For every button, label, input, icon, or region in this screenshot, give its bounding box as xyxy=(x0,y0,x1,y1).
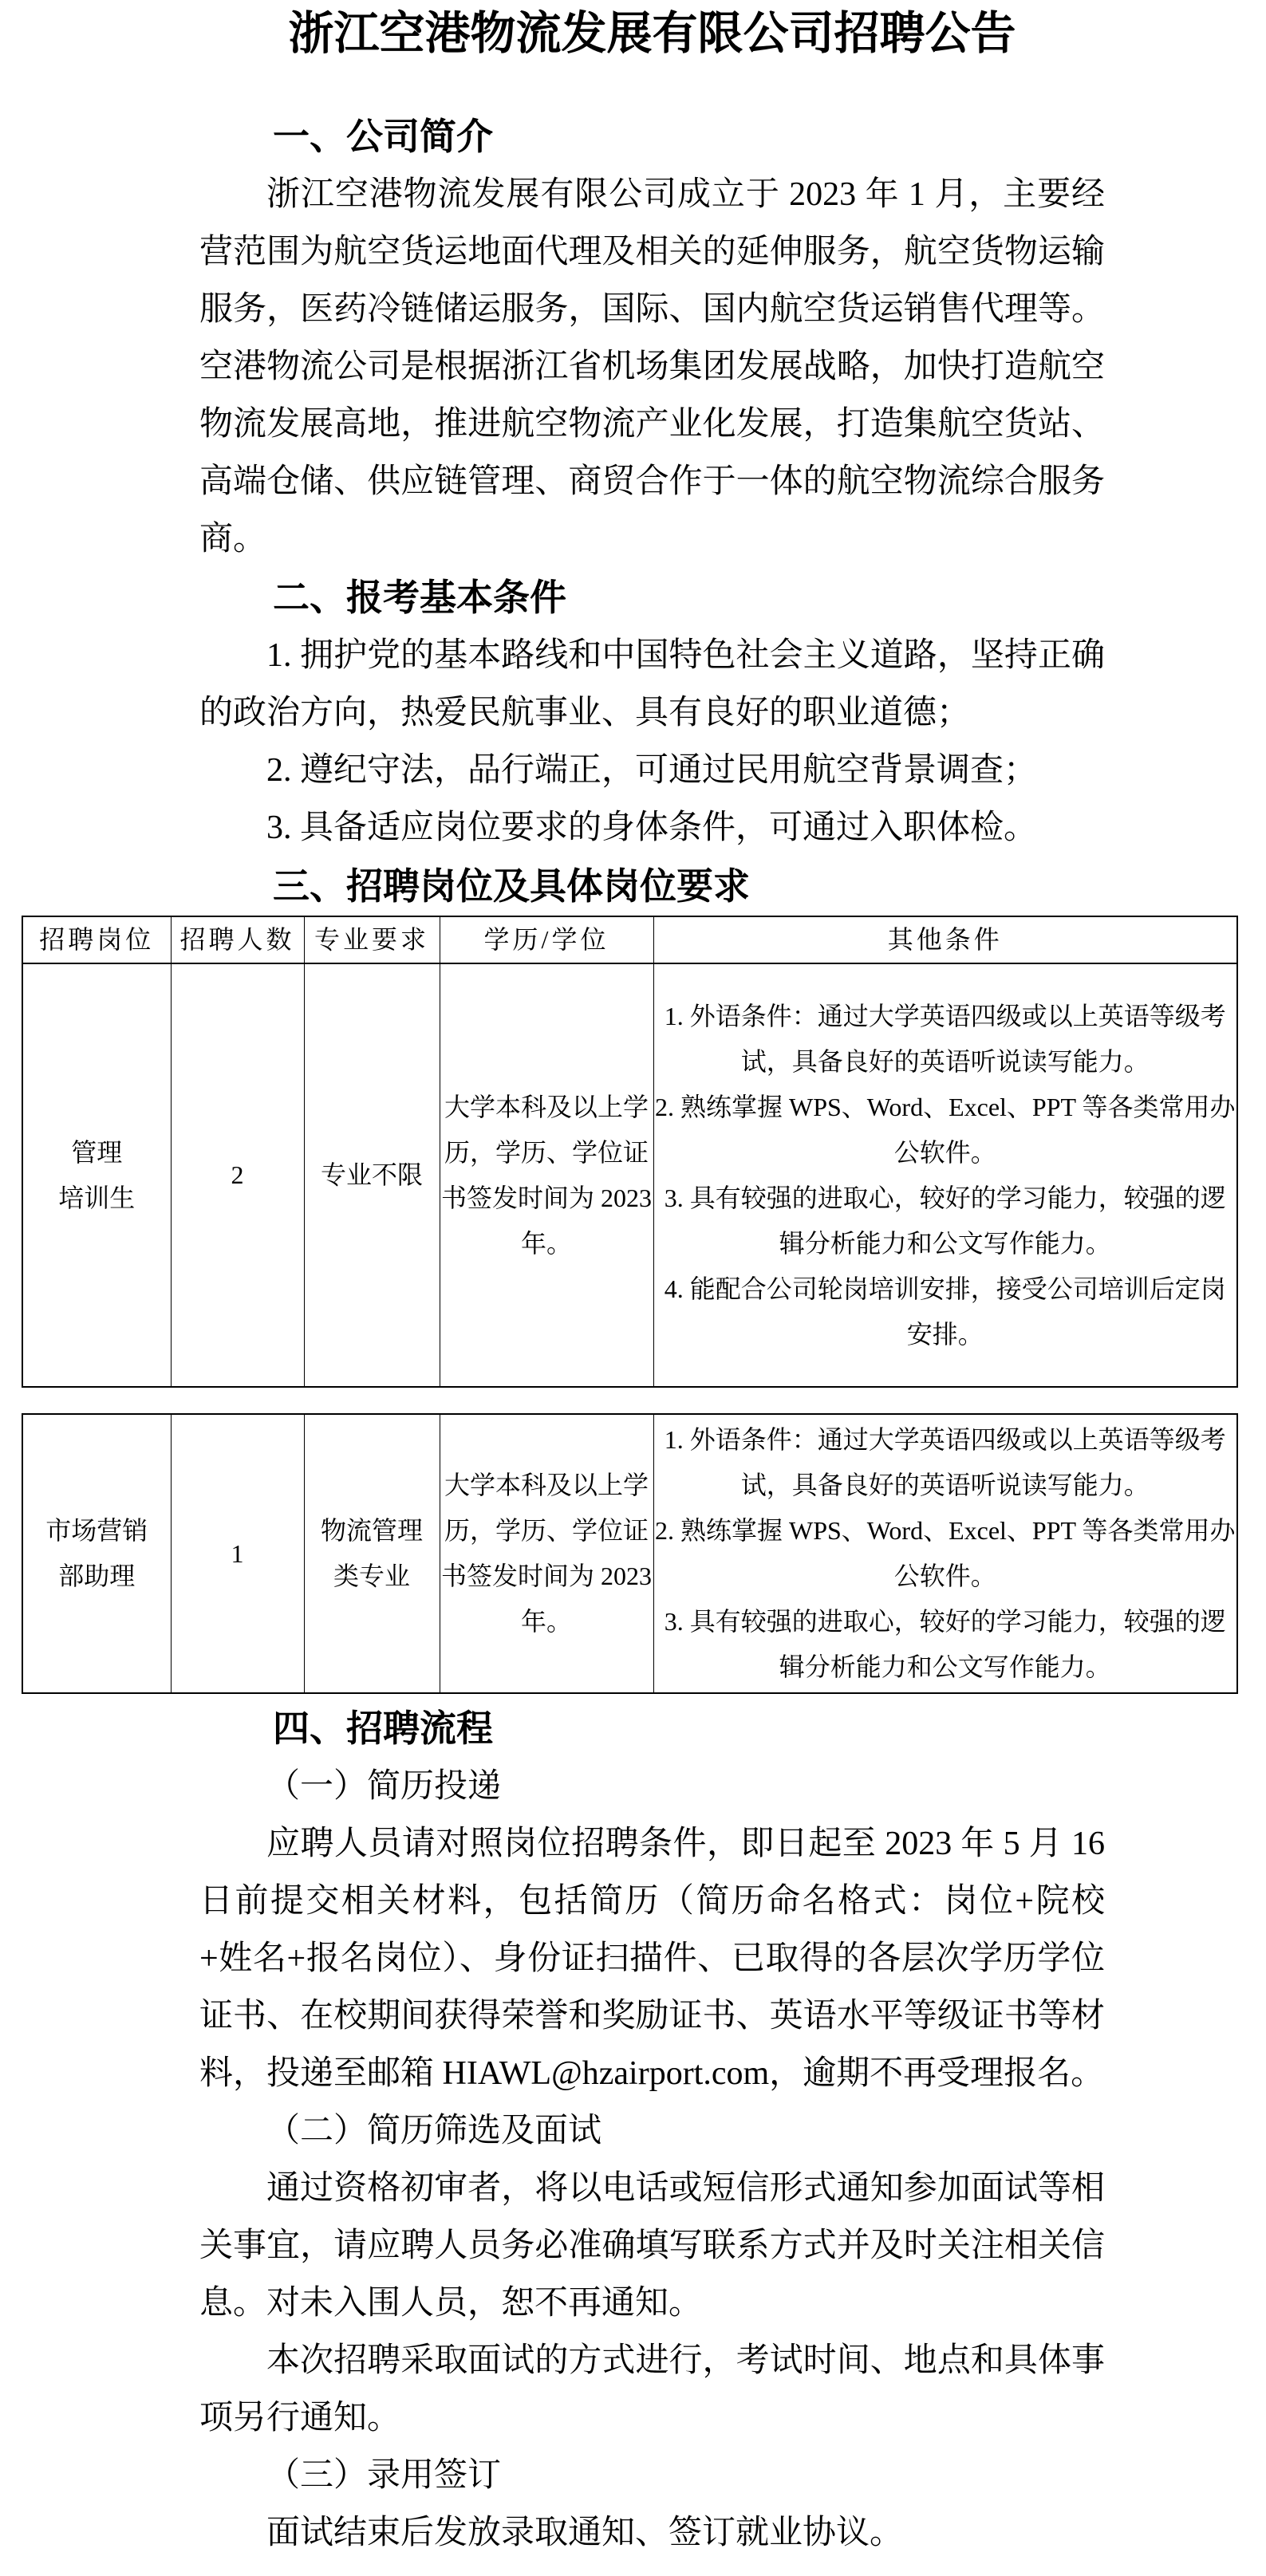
resume-paragraph: 应聘人员请对照岗位招聘条件，即日起至 2023 年 5 月 16 日前提交相关材… xyxy=(199,1815,1105,2102)
major-cell: 物流管理 类专业 xyxy=(304,1414,440,1693)
table-row: 市场营销 部助理 1 物流管理 类专业 大学本科及以上学历，学历、学位证书签发时… xyxy=(22,1414,1237,1693)
section-conditions-heading: 二、报考基本条件 xyxy=(199,569,1105,627)
table-header-row: 招聘岗位 招聘人数 专业要求 学历/学位 其他条件 xyxy=(22,916,1237,963)
headcount-cell: 2 xyxy=(171,963,304,1387)
position-name-line: 市场营销 xyxy=(23,1508,171,1554)
position-name-line: 培训生 xyxy=(23,1176,171,1221)
column-header-other: 其他条件 xyxy=(653,916,1237,963)
major-line: 类专业 xyxy=(305,1554,440,1599)
position-cell: 市场营销 部助理 xyxy=(22,1414,171,1693)
requirement-item: 2. 熟练掌握 WPS、Word、Excel、PPT 等各类常用办公软件。 xyxy=(654,1085,1237,1176)
education-cell: 大学本科及以上学历，学历、学位证书签发时间为 2023 年。 xyxy=(440,963,653,1387)
table-row: 管理 培训生 2 专业不限 大学本科及以上学历，学历、学位证书签发时间为 202… xyxy=(22,963,1237,1387)
section-intro-heading: 一、公司简介 xyxy=(199,108,1105,166)
condition-item-1: 1. 拥护党的基本路线和中国特色社会主义道路，坚持正确的政治方向，热爱民航事业、… xyxy=(199,627,1105,742)
column-header-major: 专业要求 xyxy=(304,916,440,963)
document-page: 浙江空港物流发展有限公司招聘公告 一、公司简介 浙江空港物流发展有限公司成立于 … xyxy=(0,0,1266,2576)
position-name-line: 管理 xyxy=(23,1130,171,1176)
positions-table-2: 市场营销 部助理 1 物流管理 类专业 大学本科及以上学历，学历、学位证书签发时… xyxy=(22,1413,1238,1694)
requirement-item: 4. 能配合公司轮岗培训安排，接受公司培训后定岗安排。 xyxy=(654,1266,1237,1357)
column-header-position: 招聘岗位 xyxy=(22,916,171,963)
requirement-item: 3. 具有较强的进取心，较好的学习能力，较强的逻辑分析能力和公文写作能力。 xyxy=(654,1176,1237,1266)
section-positions-heading: 三、招聘岗位及具体岗位要求 xyxy=(199,858,1105,916)
subsection-hiring-heading: （三）录用签订 xyxy=(199,2447,1105,2504)
requirement-item: 2. 熟练掌握 WPS、Word、Excel、PPT 等各类常用办公软件。 xyxy=(654,1508,1237,1599)
position-name-line: 部助理 xyxy=(23,1554,171,1599)
other-requirements-cell: 1. 外语条件：通过大学英语四级或以上英语等级考试，具备良好的英语听说读写能力。… xyxy=(653,1414,1237,1693)
positions-table-1: 招聘岗位 招聘人数 专业要求 学历/学位 其他条件 管理 培训生 2 专业不限 … xyxy=(22,916,1238,1388)
condition-item-3: 3. 具备适应岗位要求的身体条件，可通过入职体检。 xyxy=(199,799,1105,857)
position-cell: 管理 培训生 xyxy=(22,963,171,1387)
headcount-cell: 1 xyxy=(171,1414,304,1693)
intro-paragraph: 浙江空港物流发展有限公司成立于 2023 年 1 月，主要经营范围为航空货运地面… xyxy=(199,166,1105,568)
education-cell: 大学本科及以上学历，学历、学位证书签发时间为 2023 年。 xyxy=(440,1414,653,1693)
major-line: 物流管理 xyxy=(305,1508,440,1554)
other-requirements-cell: 1. 外语条件：通过大学英语四级或以上英语等级考试，具备良好的英语听说读写能力。… xyxy=(653,963,1237,1387)
screening-paragraph-2: 本次招聘采取面试的方式进行，考试时间、地点和具体事项另行通知。 xyxy=(199,2332,1105,2447)
screening-paragraph-1: 通过资格初审者，将以电话或短信形式通知参加面试等相关事宜，请应聘人员务必准确填写… xyxy=(199,2160,1105,2332)
section-process-heading: 四、招聘流程 xyxy=(199,1700,1105,1758)
requirement-item: 1. 外语条件：通过大学英语四级或以上英语等级考试，具备良好的英语听说读写能力。 xyxy=(654,994,1237,1085)
hiring-paragraph: 面试结束后发放录取通知、签订就业协议。 xyxy=(199,2504,1105,2562)
major-cell: 专业不限 xyxy=(304,963,440,1387)
column-header-education: 学历/学位 xyxy=(440,916,653,963)
requirement-item: 1. 外语条件：通过大学英语四级或以上英语等级考试，具备良好的英语听说读写能力。 xyxy=(654,1417,1237,1508)
column-header-count: 招聘人数 xyxy=(171,916,304,963)
requirement-item: 3. 具有较强的进取心，较好的学习能力，较强的逻辑分析能力和公文写作能力。 xyxy=(654,1599,1237,1690)
subsection-screening-heading: （二）简历筛选及面试 xyxy=(199,2102,1105,2160)
subsection-resume-heading: （一）简历投递 xyxy=(199,1758,1105,1815)
condition-item-2: 2. 遵纪守法，品行端正，可通过民用航空背景调查； xyxy=(199,742,1105,799)
document-title: 浙江空港物流发展有限公司招聘公告 xyxy=(199,8,1105,61)
